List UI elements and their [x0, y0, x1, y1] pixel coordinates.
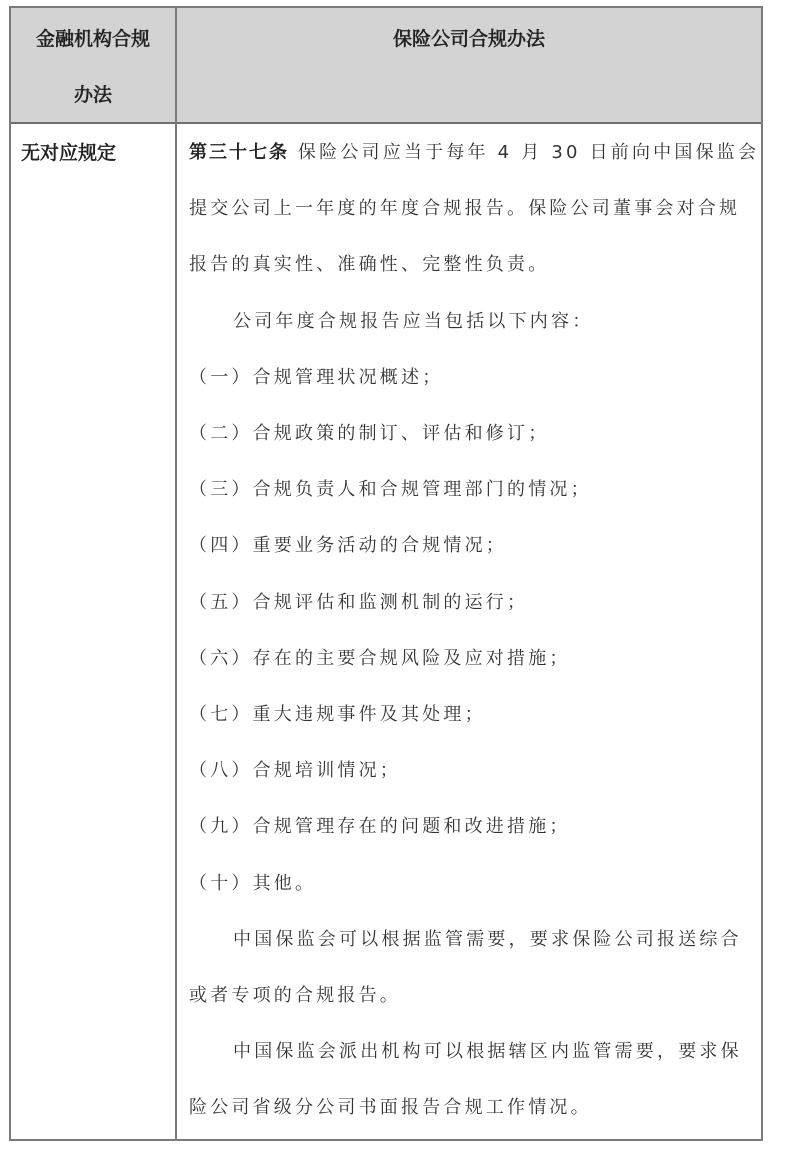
article-line: 报告的真实性、准确性、完整性负责。 — [189, 250, 549, 276]
header-cell-insurance-company-rules: 保险公司合规办法 — [177, 8, 761, 122]
header-cell-financial-institution-rules: 金融机构合规 办法 — [11, 8, 175, 122]
article-line: （三）合规负责人和合规管理部门的情况； — [189, 475, 592, 501]
article-line: 中国保监会可以根据监管需要，要求保险公司报送综合 — [233, 925, 742, 951]
article-line: （一）合规管理状况概述； — [189, 363, 443, 389]
article-line: 或者专项的合规报告。 — [189, 981, 401, 1007]
article-line: 中国保监会派出机构可以根据辖区内监管需要，要求保 — [233, 1037, 742, 1063]
article-line: （四）重要业务活动的合规情况； — [189, 531, 507, 557]
article-line: （五）合规评估和监测机制的运行； — [189, 588, 528, 614]
article-line-text: 保险公司应当于每年 4 月 30 日前向中国保监会 — [289, 142, 759, 163]
article-line: （八）合规培训情况； — [189, 756, 401, 782]
article-line: （七）重大违规事件及其处理； — [189, 700, 486, 726]
header-right-text: 保险公司合规办法 — [177, 24, 761, 51]
article-line: 公司年度合规报告应当包括以下内容： — [233, 307, 593, 333]
column-divider — [175, 8, 177, 1139]
article-line: （六）存在的主要合规风险及应对措施； — [189, 644, 571, 670]
article-line: （九）合规管理存在的问题和改进措施； — [189, 812, 571, 838]
header-left-line1: 金融机构合规 — [11, 24, 175, 51]
article-line: （二）合规政策的制订、评估和修订； — [189, 419, 549, 445]
article-line: 第三十七条 保险公司应当于每年 4 月 30 日前向中国保监会 — [189, 138, 759, 164]
header-left-line2: 办法 — [11, 80, 175, 107]
article-line: （十）其他。 — [189, 869, 316, 895]
article-line: 险公司省级分公司书面报告合规工作情况。 — [189, 1093, 592, 1119]
comparison-table: 金融机构合规 办法 保险公司合规办法 无对应规定 第三十七条 保险公司应当于每年… — [9, 6, 763, 1141]
article-line: 提交公司上一年度的年度合规报告。保险公司董事会对合规 — [189, 194, 740, 220]
article-label: 第三十七条 — [189, 142, 289, 163]
table-header-row: 金融机构合规 办法 保险公司合规办法 — [11, 8, 761, 124]
left-cell-no-corresponding-rule: 无对应规定 — [21, 138, 116, 165]
